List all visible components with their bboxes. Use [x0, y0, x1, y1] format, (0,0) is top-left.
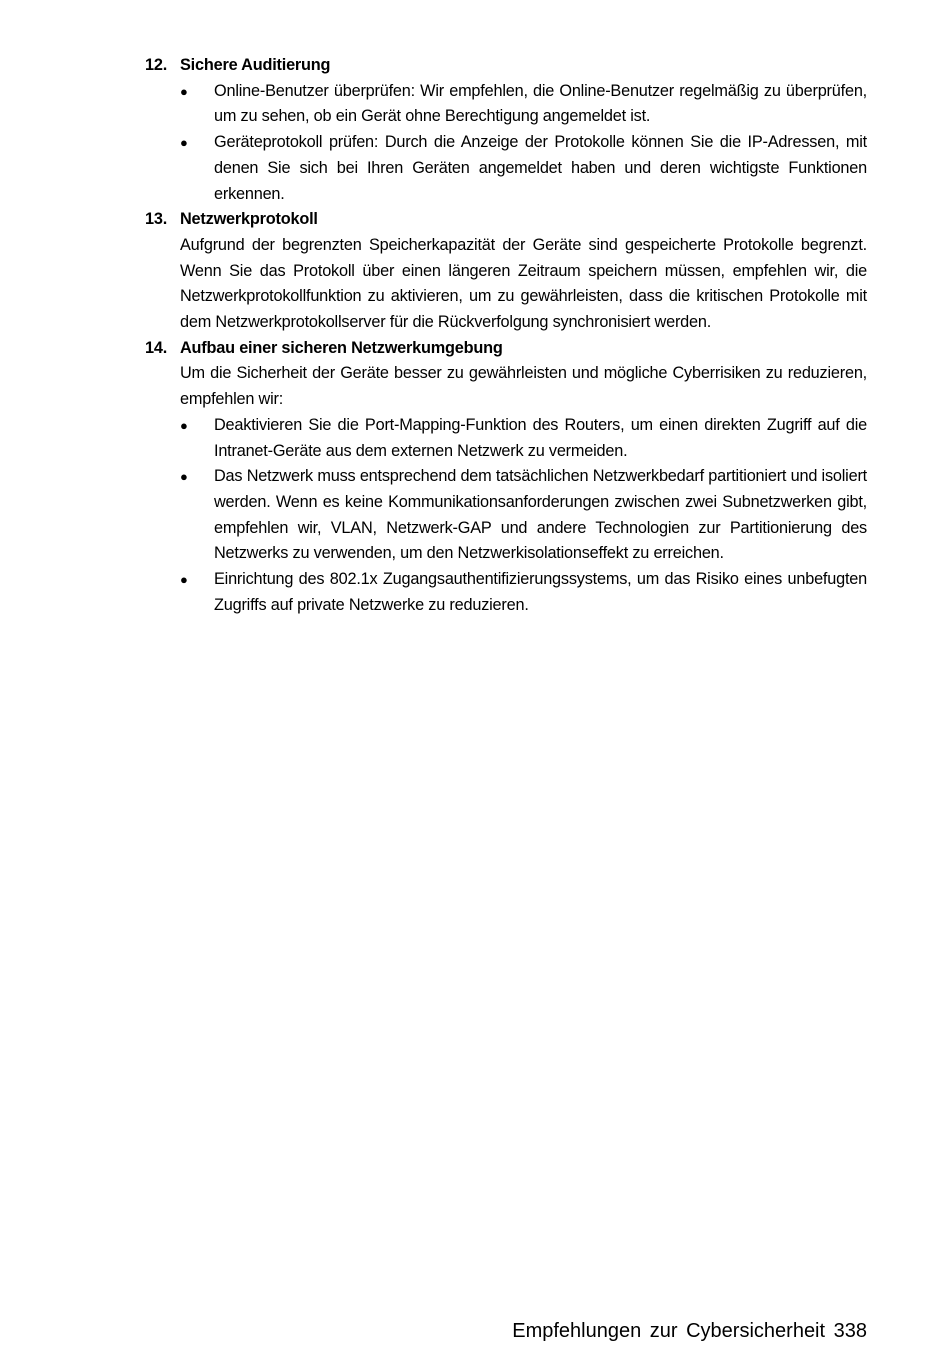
section-title: Aufbau einer sicheren Netzwerkumgebung	[180, 336, 867, 362]
page-footer: Empfehlungen zur Cybersicherheit 338	[512, 1318, 867, 1344]
page-content: 12. Sichere Auditierung ● Online-Benutze…	[145, 53, 867, 618]
bullet-icon: ●	[180, 413, 214, 464]
section-netzwerkprotokoll: 13. Netzwerkprotokoll Aufgrund der begre…	[145, 207, 867, 336]
section-number: 13.	[145, 207, 180, 233]
section-sichere-auditierung: 12. Sichere Auditierung ● Online-Benutze…	[145, 53, 867, 207]
section-number: 12.	[145, 53, 180, 79]
bullet-text: Deaktivieren Sie die Port-Mapping-Funkti…	[214, 413, 867, 464]
section-paragraph: Aufgrund der begrenzten Speicherkapazitä…	[180, 233, 867, 336]
bullet-item: ● Geräteprotokoll prüfen: Durch die Anze…	[180, 130, 867, 207]
bullet-text: Geräteprotokoll prüfen: Durch die Anzeig…	[214, 130, 867, 207]
bullet-icon: ●	[180, 567, 214, 618]
section-paragraph: Um die Sicherheit der Geräte besser zu g…	[180, 361, 867, 412]
bullet-text: Das Netzwerk muss entsprechend dem tatsä…	[214, 464, 867, 567]
section-sichere-netzwerkumgebung: 14. Aufbau einer sicheren Netzwerkumgebu…	[145, 336, 867, 619]
bullet-text: Einrichtung des 802.1x Zugangsauthentifi…	[214, 567, 867, 618]
bullet-list: ● Deaktivieren Sie die Port-Mapping-Funk…	[145, 413, 867, 619]
bullet-icon: ●	[180, 79, 214, 130]
bullet-item: ● Einrichtung des 802.1x Zugangsauthenti…	[180, 567, 867, 618]
section-heading: 13. Netzwerkprotokoll	[145, 207, 867, 233]
bullet-item: ● Deaktivieren Sie die Port-Mapping-Funk…	[180, 413, 867, 464]
bullet-item: ● Das Netzwerk muss entsprechend dem tat…	[180, 464, 867, 567]
bullet-icon: ●	[180, 130, 214, 207]
bullet-list: ● Online-Benutzer überprüfen: Wir empfeh…	[145, 79, 867, 208]
section-number: 14.	[145, 336, 180, 362]
section-heading: 12. Sichere Auditierung	[145, 53, 867, 79]
section-title: Sichere Auditierung	[180, 53, 867, 79]
bullet-item: ● Online-Benutzer überprüfen: Wir empfeh…	[180, 79, 867, 130]
section-title: Netzwerkprotokoll	[180, 207, 867, 233]
document-page: 12. Sichere Auditierung ● Online-Benutze…	[0, 0, 950, 1360]
bullet-text: Online-Benutzer überprüfen: Wir empfehle…	[214, 79, 867, 130]
section-heading: 14. Aufbau einer sicheren Netzwerkumgebu…	[145, 336, 867, 362]
page-number: 338	[834, 1320, 867, 1342]
bullet-icon: ●	[180, 464, 214, 567]
footer-title: Empfehlungen zur Cybersicherheit	[512, 1320, 825, 1342]
